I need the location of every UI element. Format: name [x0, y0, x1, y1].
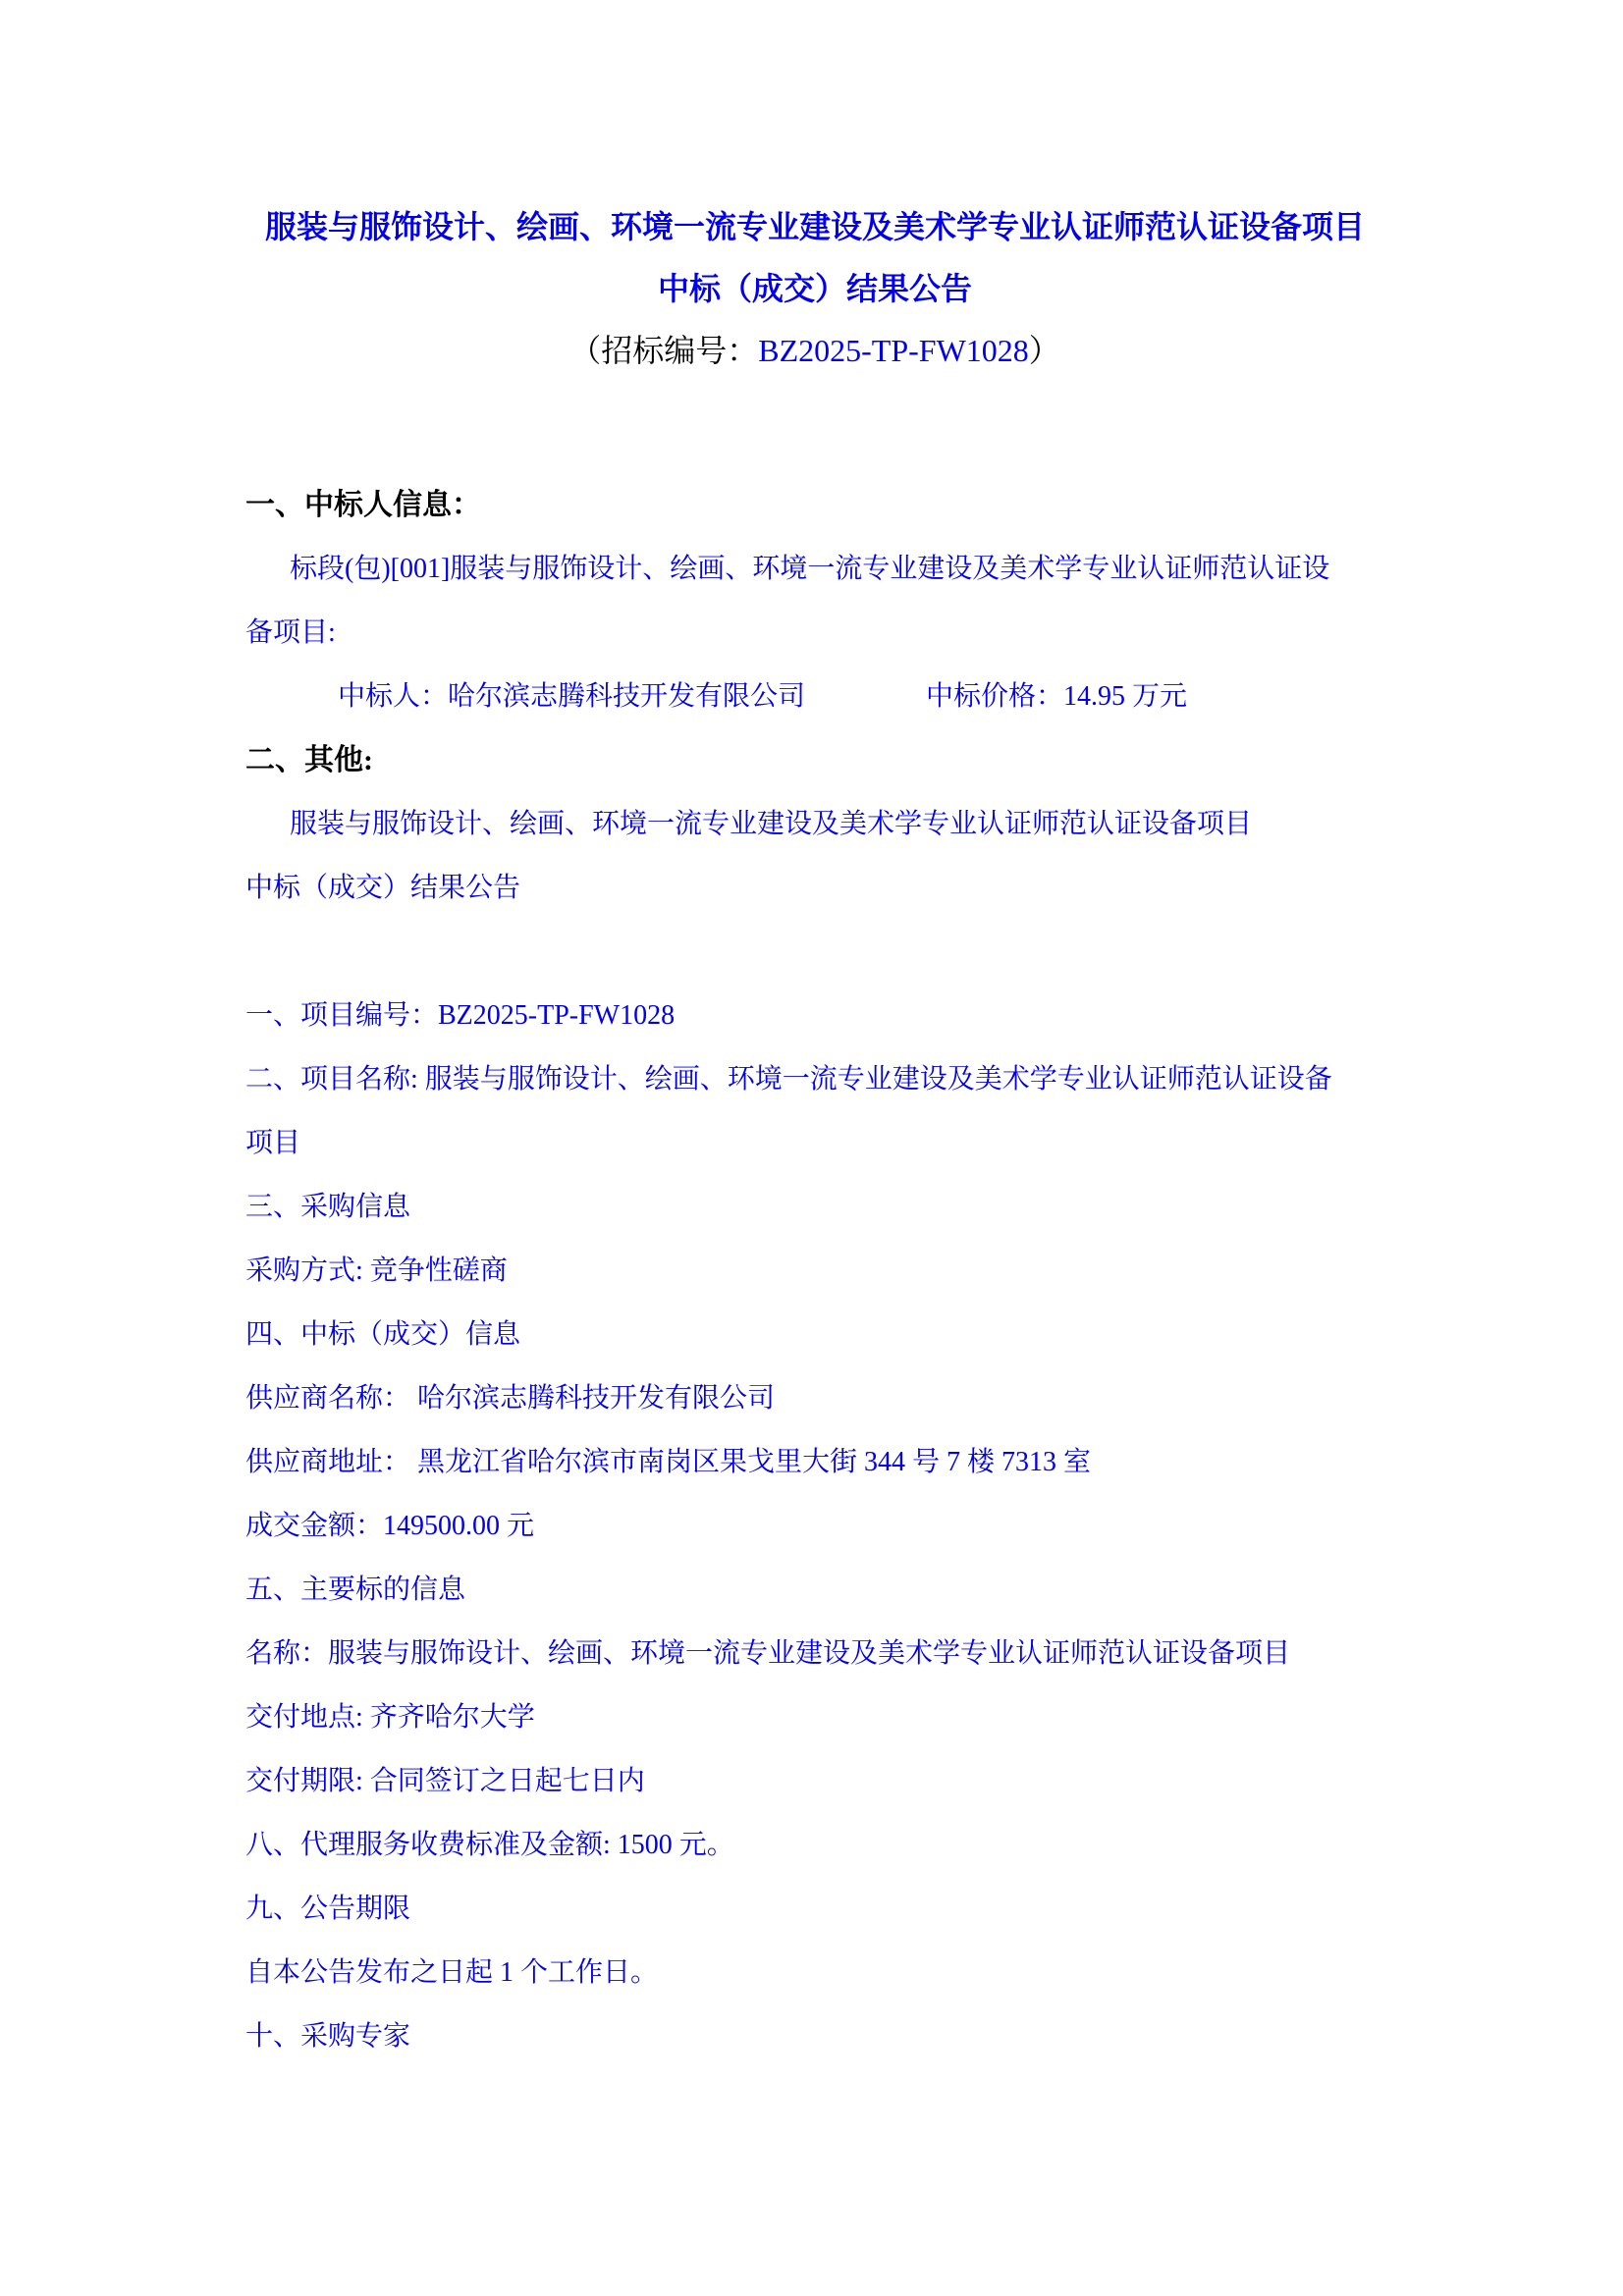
line-project-name-1: 二、项目名称: 服装与服饰设计、绘画、环境一流专业建设及美术学专业认证师范认证设… [245, 1047, 1384, 1111]
line-subject-name: 名称：服装与服饰设计、绘画、环境一流专业建设及美术学专业认证师范认证设备项目 [245, 1622, 1384, 1685]
winner-price-line: 中标人：哈尔滨志腾科技开发有限公司中标价格：14.95 万元 [245, 665, 1384, 728]
tender-number-line: （招标编号：BZ2025-TP-FW1028） [245, 320, 1384, 382]
line-notice-period-text: 自本公告发布之日起 1 个工作日。 [245, 1941, 1384, 2004]
section-heading-other: 二、其他: [245, 728, 1384, 792]
paragraph-lot-line-1: 标段(包)[001]服装与服饰设计、绘画、环境一流专业建设及美术学专业认证师范认… [245, 537, 1384, 601]
winner-price: 中标价格：14.95 万元 [926, 681, 1187, 712]
document-title-line-1: 服装与服饰设计、绘画、环境一流专业建设及美术学专业认证师范认证设备项目 [245, 196, 1384, 258]
line-subject-info-heading: 五、主要标的信息 [245, 1558, 1384, 1622]
line-delivery-place: 交付地点: 齐齐哈尔大学 [245, 1685, 1384, 1749]
line-notice-period-heading: 九、公告期限 [245, 1877, 1384, 1941]
line-deal-amount: 成交金额：149500.00 元 [245, 1494, 1384, 1558]
section-heading-winner-info: 一、中标人信息： [245, 473, 1384, 537]
other-project-title-line-2: 中标（成交）结果公告 [245, 856, 1384, 920]
line-procurement-method: 采购方式: 竞争性磋商 [245, 1239, 1384, 1303]
line-experts-heading: 十、采购专家 [245, 2004, 1384, 2068]
line-supplier-name: 供应商名称： 哈尔滨志腾科技开发有限公司 [245, 1366, 1384, 1430]
tender-number-prefix: （招标编号： [569, 333, 758, 368]
paragraph-lot-line-2: 备项目: [245, 601, 1384, 665]
document-page: 服装与服饰设计、绘画、环境一流专业建设及美术学专业认证师范认证设备项目 中标（成… [0, 0, 1623, 2296]
tender-number-code: BZ2025-TP-FW1028 [758, 333, 1029, 368]
document-content: 服装与服饰设计、绘画、环境一流专业建设及美术学专业认证师范认证设备项目 中标（成… [245, 196, 1384, 2068]
other-project-title-line-1: 服装与服饰设计、绘画、环境一流专业建设及美术学专业认证师范认证设备项目 [245, 792, 1384, 856]
line-project-name-2: 项目 [245, 1111, 1384, 1175]
tender-number-suffix: ） [1029, 333, 1060, 368]
blank-line [245, 920, 1384, 984]
line-supplier-address: 供应商地址： 黑龙江省哈尔滨市南岗区果戈里大街 344 号 7 楼 7313 室 [245, 1430, 1384, 1494]
line-procurement-info-heading: 三、采购信息 [245, 1175, 1384, 1239]
document-title-line-2: 中标（成交）结果公告 [245, 258, 1384, 320]
line-agency-fee: 八、代理服务收费标准及金额: 1500 元。 [245, 1813, 1384, 1877]
winner-name: 中标人：哈尔滨志腾科技开发有限公司 [338, 681, 805, 712]
line-delivery-term: 交付期限: 合同签订之日起七日内 [245, 1749, 1384, 1813]
line-project-number: 一、项目编号：BZ2025-TP-FW1028 [245, 984, 1384, 1047]
line-award-info-heading: 四、中标（成交）信息 [245, 1303, 1384, 1366]
